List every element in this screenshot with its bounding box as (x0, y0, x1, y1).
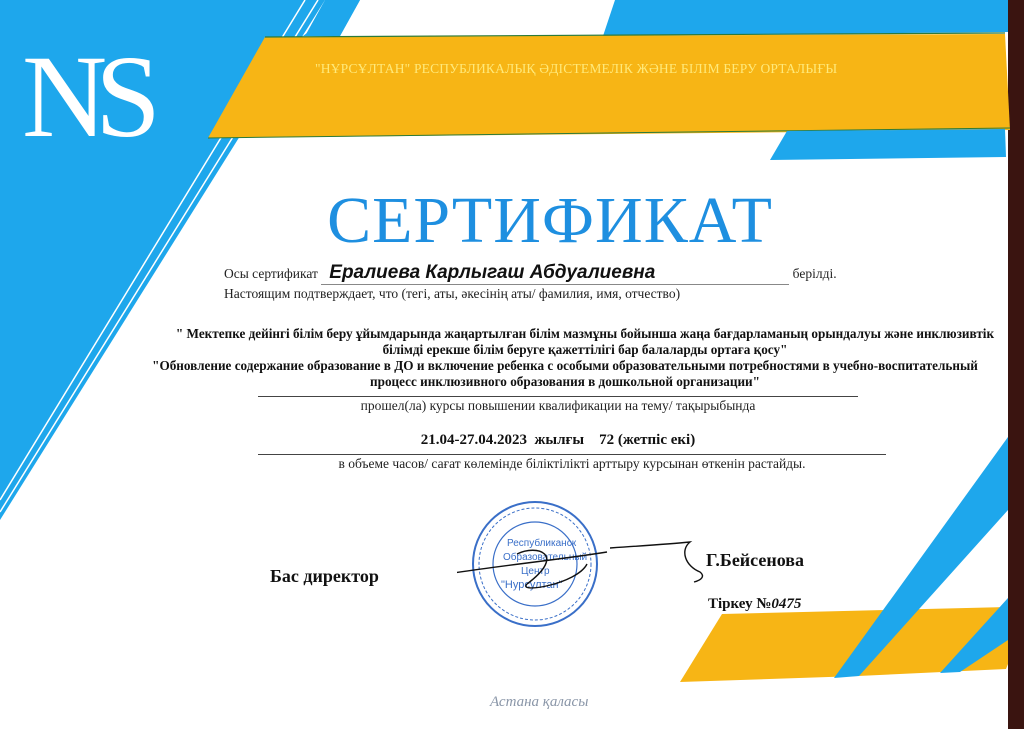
volume-text: в объеме часов/ сағат көлемінде біліктіл… (258, 456, 886, 472)
city-name: Астана қаласы (490, 694, 588, 711)
signature-icon (610, 536, 710, 586)
recipient-prefix: Осы сертификат (224, 266, 318, 281)
director-title: Бас директор (270, 566, 379, 587)
confirmation-text: Настоящим подтверждает, что (тегі, аты, … (224, 286, 864, 302)
course-topic: " Мектепке дейінгі білім беру ұйымдарынд… (150, 326, 1020, 390)
svg-text:Центр: Центр (521, 566, 550, 577)
recipient-suffix: берілді. (793, 266, 837, 281)
registration-value: 0475 (771, 596, 801, 612)
recipient-line: Осы сертификат Ералиева Карлыгаш Абдуали… (224, 262, 864, 285)
course-text: прошел(ла) курсы повышении квалификации … (258, 398, 858, 414)
signer-name: Г.Бейсенова (706, 550, 804, 571)
divider (258, 396, 858, 397)
svg-text:NS: NS (22, 38, 154, 148)
stamp-icon: Республиканск Образовательный Центр "Нур… (457, 494, 617, 634)
course-dates: 21.04-27.04.2023 жылғы 72 (жетпіс екі) (258, 432, 858, 449)
ns-logo-icon: NS (22, 38, 192, 148)
recipient-name: Ералиева Карлыгаш Абдуалиевна (321, 262, 789, 285)
organization-name: "НҰРСҰЛТАН" РЕСПУБЛИКАЛЫҚ ӘДІСТЕМЕЛІК ЖӘ… (315, 61, 915, 77)
course-topic-ru: "Обновление содержание образование в ДО … (150, 358, 1020, 390)
divider (258, 454, 886, 455)
registration-number: Тіркеу №0475 (708, 596, 801, 613)
registration-label: Тіркеу № (708, 596, 771, 612)
certificate-title: СЕРТИФИКАТ (300, 188, 800, 254)
course-topic-kz: " Мектепке дейінгі білім беру ұйымдарынд… (150, 326, 1020, 358)
svg-text:Республиканск: Республиканск (507, 537, 577, 549)
